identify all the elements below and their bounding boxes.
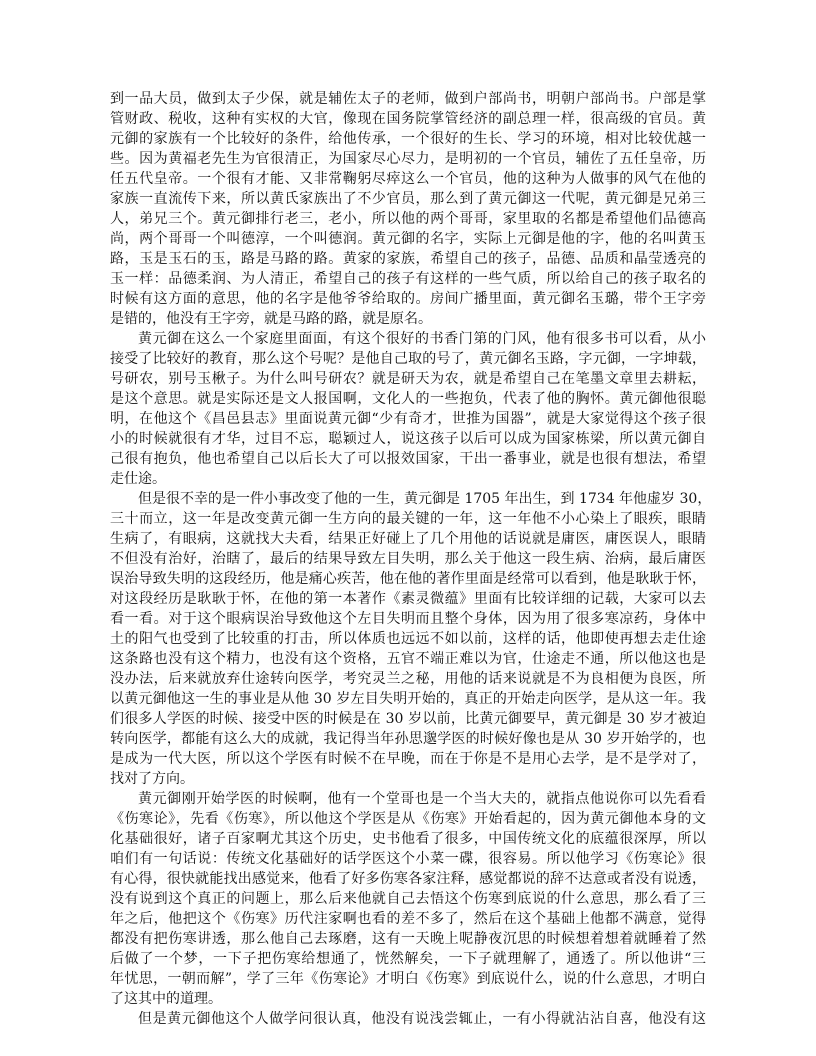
text-line: 是这个意思。就是实际还是文人报国啊，文化人的一些抱负，代表了他的胸怀。黄元御他很… bbox=[110, 389, 706, 409]
text-line: 没有说到这个真正的问题上，那么后来他就自己去悟这个伤寒到底说的什么意思，那么看了… bbox=[110, 889, 706, 909]
text-line: 己很有抱负，他也希望自己以后长大了可以报效国家，干出一番事业，就是也很有想法，希… bbox=[110, 449, 706, 469]
text-line: 年之后，他把这个《伤寒》历代注家啊也看的差不多了，然后在这个基础上他都不满意，觉… bbox=[110, 909, 706, 929]
text-line: 看一看。对于这个眼病误治导致他这个左目失明而且整个身体，因为用了很多寒凉药，身体… bbox=[110, 609, 706, 629]
text-line: 年忧思，一朝而解”，学了三年《伤寒论》才明白《伤寒》到底说什么，说的什么意思，才… bbox=[110, 969, 706, 989]
text-line: 时候有这方面的意思，他的名字是他爷爷给取的。房间广播里面，黄元御名玉璐，带个王字… bbox=[110, 289, 706, 309]
text-line: 都没有把伤寒讲透，那么他自己去琢磨，这有一天晚上呢静夜沉思的时候想着想着就睡着了… bbox=[110, 929, 706, 949]
text-line: 玉一样：品德柔润、为人清正，希望自己的孩子有这样的一些气质，所以给自己的孩子取名… bbox=[110, 269, 706, 289]
text-line: 号研农，别号玉楸子。为什么叫号研农？就是研天为农，就是希望自己在笔墨文章里去耕耘… bbox=[110, 369, 706, 389]
text-line: 黄元御在这么一个家庭里面面，有这个很好的书香门第的门风，他有很多书可以看，从小 bbox=[110, 329, 706, 349]
text-line: 没办法，后来就放弃仕途转向医学，考究灵兰之秘，用他的话来说就是不为良相便为良医，… bbox=[110, 669, 706, 689]
text-line: 管财政、税收，这种有实权的大官，像现在国务院掌管经济的副总理一样，很高级的官员。… bbox=[110, 109, 706, 129]
text-line: 三十而立，这一年是改变黄元御一生方向的最关键的一年，这一年他不小心染上了眼疾，眼… bbox=[110, 509, 706, 529]
text-line: 明，在他这个《昌邑县志》里面说黄元御“少有奇才，世推为国器”，就是大家觉得这个孩… bbox=[110, 409, 706, 429]
text-line: 这条路也没有这个精力，也没有这个资格，五官不端正难以为官，仕途走不通，所以他这也… bbox=[110, 649, 706, 669]
text-line: 误治导致失明的这段经历，他是痛心疾苦，他在他的著作里面是经常可以看到，他是耿耿于… bbox=[110, 569, 706, 589]
text-line: 人，弟兄三个。黄元御排行老三，老小，所以他的两个哥哥，家里取的名都是希望他们品德… bbox=[110, 209, 706, 229]
text-line: 不但没有治好，治瞎了，最后的结果导致左目失明，那么关于他这一段生病、治病，最后庸… bbox=[110, 549, 706, 569]
text-line: 接受了比较好的教育，那么这个号呢？是他自己取的号了，黄元御名玉路，字元御，一字坤… bbox=[110, 349, 706, 369]
text-line: 尚，两个哥哥一个叫德淳，一个叫德润。黄元御的名字，实际上元御是他的字，他的名叫黄… bbox=[110, 229, 706, 249]
text-line: 家族一直流传下来，所以黄氏家族出了不少官员，那么到了黄元御这一代呢，黄元御是兄弟… bbox=[110, 189, 706, 209]
text-line: 转向医学，都能有这么大的成就，我记得当年孙思邈学医的时候好像也是从 30 岁开始… bbox=[110, 729, 706, 749]
text-line: 小的时候就很有才华，过目不忘，聪颖过人，说这孩子以后可以成为国家栋梁，所以黄元御… bbox=[110, 429, 706, 449]
text-line: 些。因为黄福老先生为官很清正，为国家尽心尽力，是明初的一个官员，辅佐了五任皇帝，… bbox=[110, 149, 706, 169]
document-page: 到一品大员，做到太子少保，就是辅佐太子的老师，做到户部尚书，明朝户部尚书。户部是… bbox=[110, 89, 706, 1029]
text-line: 是错的，他没有王字旁，就是马路的路，就是原名。 bbox=[110, 309, 706, 329]
text-line: 黄元御刚开始学医的时候啊，他有一个堂哥也是一个当大夫的，就指点他说你可以先看看 bbox=[110, 789, 706, 809]
text-line: 们很多人学医的时候、接受中医的时候是在 30 岁以前，比黄元御要早，黄元御是 3… bbox=[110, 709, 706, 729]
text-line: 但是黄元御他这个人做学问很认真，他没有说浅尝辄止，一有小得就沾沾自喜，他没有这 bbox=[110, 1009, 706, 1029]
text-line: 元御的家族有一个比较好的条件，给他传承，一个很好的生长、学习的环境，相对比较优越… bbox=[110, 129, 706, 149]
text-line: 但是很不幸的是一件小事改变了他的一生，黄元御是 1705 年出生，到 1734 … bbox=[110, 489, 706, 509]
text-line: 后做了一个梦，一下子把伤寒给想通了，恍然解矣，一下子就理解了，通透了。所以他讲“… bbox=[110, 949, 706, 969]
text-line: 到一品大员，做到太子少保，就是辅佐太子的老师，做到户部尚书，明朝户部尚书。户部是… bbox=[110, 89, 706, 109]
text-line: 土的阳气也受到了比较重的打击，所以体质也远远不如以前，这样的话，他即使再想去走仕… bbox=[110, 629, 706, 649]
text-line: 化基础很好，诸子百家啊尤其这个历史，史书他看了很多，中国传统文化的底蕴很深厚，所… bbox=[110, 829, 706, 849]
text-line: 走仕途。 bbox=[110, 469, 706, 489]
text-line: 咱们有一句话说：传统文化基础好的话学医这个小菜一碟，很容易。所以他学习《伤寒论》… bbox=[110, 849, 706, 869]
text-line: 对这段经历是耿耿于怀，在他的第一本著作《素灵微蕴》里面有比较详细的记载，大家可以… bbox=[110, 589, 706, 609]
text-line: 有心得，很快就能找出感觉来，他看了好多伤寒各家注释，感觉都说的辞不达意或者没有说… bbox=[110, 869, 706, 889]
text-line: 路，玉是玉石的玉，路是马路的路。黄家的家族，希望自己的孩子，品德、品质和晶莹透亮… bbox=[110, 249, 706, 269]
text-line: 以黄元御他这一生的事业是从他 30 岁左目失明开始的，真正的开始走向医学，是从这… bbox=[110, 689, 706, 709]
text-line: 任五代皇帝。一个很有才能、又非常鞠躬尽瘁这么一个官员，他的这种为人做事的风气在他… bbox=[110, 169, 706, 189]
text-line: 找对了方向。 bbox=[110, 769, 706, 789]
text-line: 了这其中的道理。 bbox=[110, 989, 706, 1009]
text-line: 《伤寒论》，先看《伤寒》，所以他这个学医是从《伤寒》开始看起的，因为黄元御他本身… bbox=[110, 809, 706, 829]
text-line: 是成为一代大医，所以这个学医有时候不在早晚，而在于你是不是用心去学，是不是学对了… bbox=[110, 749, 706, 769]
text-line: 生病了，有眼病，这就找大夫看，结果正好碰上了几个用他的话说就是庸医，庸医误人，眼… bbox=[110, 529, 706, 549]
